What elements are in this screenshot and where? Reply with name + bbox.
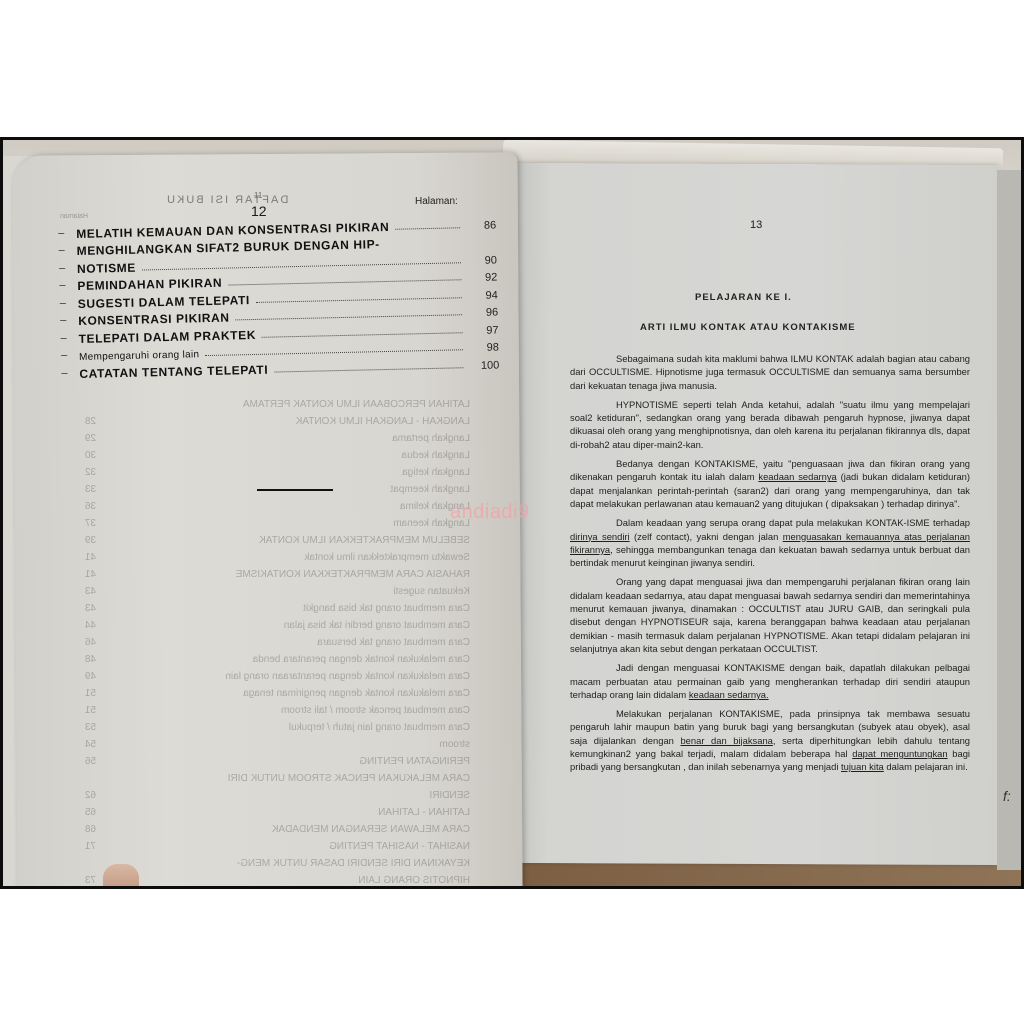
toc-bullet: – [58,244,64,256]
book-photo: 11 12 DAFTAR ISI BUKU Halaman: Halaman L… [0,137,1024,889]
bleed-page: 44 [70,620,96,637]
bleed-entry: stroom54 [70,739,470,756]
bleed-entry: LANGKAH - LANGKAH ILMU KONTAK28 [70,416,470,433]
bleed-page: 68 [70,824,96,841]
bleed-entry: Langkah kedua30 [70,450,470,467]
bleed-entry: Cara melakukan kontak dengan pengiriman … [70,688,470,705]
bleed-entry: Langkah keenam37 [70,518,470,535]
lesson-title: ARTI ILMU KONTAK ATAU KONTAKISME [640,322,856,333]
bleed-page: 62 [70,790,96,807]
toc-page-number: 90 [467,254,497,267]
bleed-page: 41 [70,552,96,569]
bleed-page [70,858,96,875]
bleed-through-toc: LATIHAN PERCOBAAN ILMU KONTAK PERTAMALAN… [70,399,470,892]
paragraph: Dalam keadaan yang serupa orang dapat pu… [570,516,970,569]
bleed-title: Sewaktu mempraktekkan ilmu kontak [304,552,470,569]
bleed-entry: Langkah kelima36 [70,501,470,518]
bleed-title: Cara membuat orang berdiri tak bisa jala… [284,620,470,637]
bleed-entry: SENDIRI62 [70,790,470,807]
bleed-page: 48 [70,654,96,671]
bleed-page: 56 [70,756,96,773]
toc-page-number: 92 [467,271,497,284]
bleed-page: 46 [70,637,96,654]
bleed-entry: Langkah keempat33 [70,484,470,501]
text-run: Orang yang dapat menguasai jiwa dan memp… [570,576,970,653]
bleed-title: RAHASIA CARA MEMPRAKTEKKAN KONTAKISME [236,569,470,586]
bleed-entry: Cara membuat orang berdiri tak bisa jala… [70,620,470,637]
bleed-title: KEYAKINAN DIRI SENDIRI DASAR UNTUK MENG- [237,858,470,875]
bleed-page: 36 [70,501,96,518]
bleed-entry: SEBELUM MEMPRAKTEKKAN ILMU KONTAK39 [70,535,470,552]
toc-page-number: 94 [468,289,498,302]
bleed-title: Cara melakukan kontak dengan perantaraan… [225,671,470,688]
bleed-page: 28 [70,416,96,433]
bleed-title: LATIHAN - LATIHAN [378,807,470,824]
bleed-entry: Cara membuat pencak stroom / tali stroom… [70,705,470,722]
bleed-page: 43 [70,603,96,620]
toc-bullet: – [60,314,66,326]
bleed-title: SENDIRI [429,790,470,807]
bleed-entry: Cara melakukan kontak dengan perantara b… [70,654,470,671]
toc-page-number: 97 [468,324,498,337]
bleed-entry: Langkah pertama29 [70,433,470,450]
bleed-title: Cara membuat orang tak bisa bangkit [303,603,470,620]
paragraph: Sebagaimana sudah kita maklumi bahwa ILM… [570,352,970,392]
text-run: Sebagaimana sudah kita maklumi bahwa ILM… [570,353,970,391]
toc-bullet: – [58,227,64,239]
bleed-title: Langkah ketiga [402,467,470,484]
toc-page-number: 86 [466,219,496,232]
underlined-phrase: dapat menguntungkan [852,748,947,759]
right-page-number: 13 [750,219,762,231]
toc-page-number: 96 [468,306,498,319]
edge-mark: f: [1003,788,1011,804]
bleed-title: NASIHAT - NASIHAT PENTING [329,841,470,858]
table-of-contents: –MELATIH KEMAUAN DAN KONSENTRASI PIKIRAN… [76,213,499,380]
toc-leader [274,367,463,372]
bleed-title: PERINGATAN PENTING [359,756,470,773]
bleed-page: 29 [70,433,96,450]
bleed-title: Cara melakukan kontak dengan pengiriman … [243,688,470,705]
bleed-title: LANGKAH - LANGKAH ILMU KONTAK [296,416,470,433]
text-run: dalam pelajaran ini. [884,761,968,772]
toc-bullet: – [61,367,67,379]
toc-heading-bleed: DAFTAR ISI BUKU [165,194,288,206]
bleed-entry: HIPNOTIS ORANG LAIN73 [70,875,470,892]
bleed-page: 49 [70,671,96,688]
bleed-entry: CARA MELAWAN SERANGAN MENDADAK68 [70,824,470,841]
bleed-entry: LATIHAN PERCOBAAN ILMU KONTAK PERTAMA [70,399,470,416]
lesson-body: Sebagaimana sudah kita maklumi bahwa ILM… [570,352,970,780]
page-stack-edge [997,170,1021,870]
bleed-entry: Cara membuat orang tak bisa bangkit43 [70,603,470,620]
bleed-title: stroom [439,739,470,756]
underlined-phrase: dirinya sendiri [570,531,630,542]
text-run: (zelf contact), yakni dengan jalan [630,531,783,542]
toc-bullet: – [61,349,67,361]
bleed-entry: Sewaktu mempraktekkan ilmu kontak41 [70,552,470,569]
bleed-page: 71 [70,841,96,858]
bleed-page: 53 [70,722,96,739]
bleed-page: 73 [70,875,96,892]
toc-page-number: 100 [469,359,499,372]
bleed-page: 41 [70,569,96,586]
text-run: Dalam keadaan yang serupa orang dapat pu… [616,517,970,528]
text-run: , sehingga membangunkan tenaga dan kekua… [570,544,970,568]
text-run: Jadi dengan menguasai KONTAKISME dengan … [570,662,970,700]
bleed-page: 33 [70,484,96,501]
bleed-title: LATIHAN PERCOBAAN ILMU KONTAK PERTAMA [243,399,470,416]
bleed-page: 43 [70,586,96,603]
bleed-page: 32 [70,467,96,484]
underlined-phrase: keadaan sedarnya. [689,689,769,700]
toc-bullet: – [59,279,65,291]
bleed-entry: LATIHAN - LATIHAN65 [70,807,470,824]
bleed-entry: RAHASIA CARA MEMPRAKTEKKAN KONTAKISME41 [70,569,470,586]
paragraph: Jadi dengan menguasai KONTAKISME dengan … [570,661,970,701]
bleed-page: 51 [70,705,96,722]
bleed-tag: Halaman [60,213,88,220]
toc-title: NOTISME [77,260,136,275]
toc-leader [395,227,460,229]
ink-line [257,489,333,491]
bleed-entry: Cara membuat orang tak bersuara46 [70,637,470,654]
bleed-page: 37 [70,518,96,535]
bleed-title: Kekuatan sugesti [393,586,470,603]
bleed-title: Cara melakukan kontak dengan perantara b… [253,654,470,671]
bleed-entry: Cara melakukan kontak dengan perantaraan… [70,671,470,688]
bleed-page: 51 [70,688,96,705]
bleed-page: 39 [70,535,96,552]
bleed-entry: Cara membuat orang lain jatuh / terpukul… [70,722,470,739]
toc-bullet: – [60,297,66,309]
bleed-title: Cara membuat orang tak bersuara [317,637,470,654]
watermark: andiadi9 [450,501,530,524]
bleed-title: CARA MELAWAN SERANGAN MENDADAK [272,824,470,841]
bleed-page [70,773,96,790]
bleed-entry: NASIHAT - NASIHAT PENTING71 [70,841,470,858]
bleed-title: Langkah keempat [390,484,470,501]
bleed-title: Cara membuat orang lain jatuh / terpukul [289,722,470,739]
bleed-title: CARA MELAKUKAN PENCAK STROOM UNTUK DIRI [228,773,470,790]
bleed-title: Langkah pertama [392,433,470,450]
underlined-phrase: tujuan kita [841,761,884,772]
bleed-title: HIPNOTIS ORANG LAIN [358,875,470,892]
bleed-title: Cara membuat pencak stroom / tali stroom [281,705,470,722]
bleed-entry: Langkah ketiga32 [70,467,470,484]
toc-bullet: – [60,332,66,344]
bleed-title: Langkah kedua [402,450,470,467]
bleed-page [70,399,96,416]
underlined-phrase: benar dan bijaksana [680,735,772,746]
text-run: HYPNOTISME seperti telah Anda ketahui, a… [570,399,970,450]
bleed-entry: Kekuatan sugesti43 [70,586,470,603]
bleed-entry: CARA MELAKUKAN PENCAK STROOM UNTUK DIRI [70,773,470,790]
bleed-entry: KEYAKINAN DIRI SENDIRI DASAR UNTUK MENG- [70,858,470,875]
bleed-title: SEBELUM MEMPRAKTEKKAN ILMU KONTAK [259,535,470,552]
bleed-page: 54 [70,739,96,756]
toc-bullet: – [59,262,65,274]
bleed-page: 30 [70,450,96,467]
bleed-page: 65 [70,807,96,824]
paragraph: Bedanya dengan KONTAKISME, yaitu "pengua… [570,457,970,510]
page-column-label: Halaman: [415,196,458,207]
bleed-entry: PERINGATAN PENTING56 [70,756,470,773]
lesson-label: PELAJARAN KE I. [695,292,792,303]
paragraph: HYPNOTISME seperti telah Anda ketahui, a… [570,398,970,451]
underlined-phrase: keadaan sedarnya [758,471,836,482]
paragraph: Melakukan perjalanan KONTAKISME, pada pr… [570,707,970,773]
toc-page-number: 98 [469,341,499,354]
paragraph: Orang yang dapat menguasai jiwa dan memp… [570,575,970,655]
